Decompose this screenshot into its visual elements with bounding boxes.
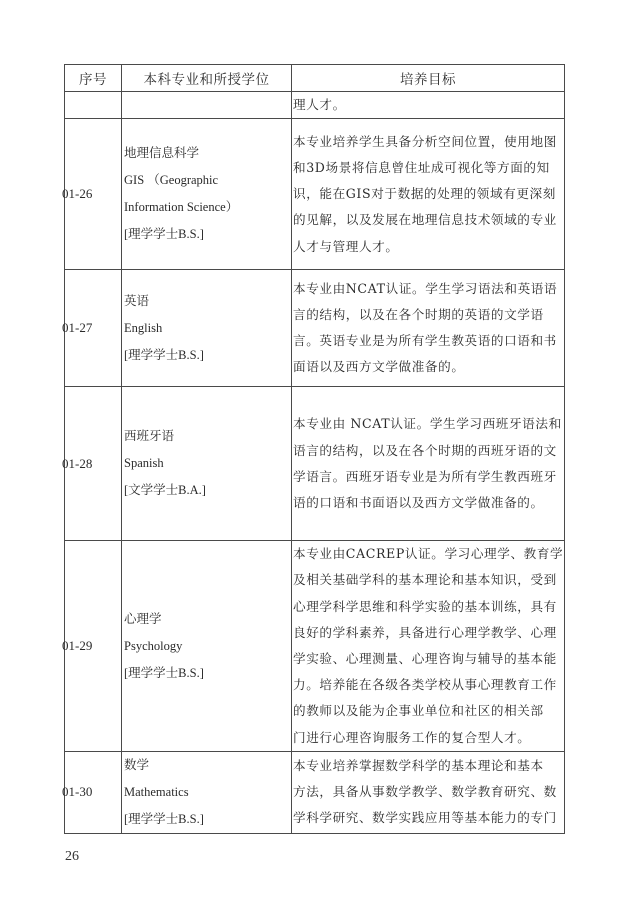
goal-line: 的教师以及能为企事业单位和社区的相关部 [293,698,563,724]
header-training-goal: 培养目标 [292,65,565,92]
row-major: 地理信息科学 GIS （Geographic Information Scien… [122,119,292,270]
row-major: 西班牙语 Spanish [文学学士B.A.] [122,387,292,541]
major-degree: [理学学士B.S.] [124,806,291,833]
goal-line: 门进行心理咨询服务工作的复合型人才。 [293,725,563,751]
major-name-en: English [124,315,291,342]
major-name-cn: 数学 [124,752,291,779]
majors-table: 序号 本科专业和所授学位 培养目标 理人才。 01-26 地理信息科学 GIS … [64,64,565,834]
table-row: 01-26 地理信息科学 GIS （Geographic Information… [65,119,565,270]
major-name-en: Spanish [124,450,291,477]
goal-line: 理人才。 [293,92,563,118]
major-name-cn: 英语 [124,288,291,315]
table-row: 01-29 心理学 Psychology [理学学士B.S.] 本专业由CACR… [65,541,565,752]
row-major: 心理学 Psychology [理学学士B.S.] [122,541,292,752]
table-row-continuation: 理人才。 [65,92,565,119]
major-name-cn: 西班牙语 [124,423,291,450]
header-number: 序号 [65,65,122,92]
header-major-degree: 本科专业和所授学位 [122,65,292,92]
major-name-en: Psychology [124,633,291,660]
row-major [122,92,292,119]
row-major: 数学 Mathematics [理学学士B.S.] [122,751,292,833]
page-number: 26 [65,849,79,865]
goal-line: 本专业由NCAT认证。学生学习语法和英语语 [293,276,563,302]
row-number [65,92,122,119]
row-goal: 本专业由CACREP认证。学习心理学、教育学 及相关基础学科的基本理论和基本知识… [292,541,565,752]
goal-line: 的见解，以及发展在地理信息技术领域的专业 [293,207,563,233]
row-goal: 本专业由NCAT认证。学生学习语法和英语语 言的结构，以及在各个时期的英语的文学… [292,270,565,387]
row-number: 01-26 [65,119,122,270]
goal-line: 语言的结构，以及在各个时期的西班牙语的文 [293,438,563,464]
table-row: 01-30 数学 Mathematics [理学学士B.S.] 本专业培养掌握数… [65,751,565,833]
goal-line: 面语以及西方文学做准备的。 [293,354,563,380]
row-goal: 本专业培养学生具备分析空间位置，使用地图 和3D场景将信息曾住址成可视化等方面的… [292,119,565,270]
goal-line: 良好的学科素养，具备进行心理学教学、心理 [293,620,563,646]
goal-line: 言。英语专业是为所有学生教英语的口语和书 [293,328,563,354]
row-major: 英语 English [理学学士B.S.] [122,270,292,387]
goal-line: 言的结构，以及在各个时期的英语的文学语 [293,302,563,328]
goal-line: 本专业由 NCAT认证。学生学习西班牙语法和 [293,411,563,437]
goal-line: 方法，具备从事数学教学、数学教育研究、数 [293,779,563,805]
goal-line: 学语言。西班牙语专业是为所有学生教西班牙 [293,464,563,490]
goal-line: 力。培养能在各级各类学校从事心理教育工作 [293,672,563,698]
goal-line: 学实验、心理测量、心理咨询与辅导的基本能 [293,646,563,672]
row-number: 01-27 [65,270,122,387]
major-degree: [理学学士B.S.] [124,342,291,369]
goal-line: 和3D场景将信息曾住址成可视化等方面的知 [293,155,563,181]
goal-line: 心理学科学思维和科学实验的基本训练，具有 [293,594,563,620]
goal-line: 本专业培养掌握数学科学的基本理论和基本 [293,753,563,779]
goal-line: 识，能在GIS对于数据的处理的领域有更深刻 [293,181,563,207]
row-goal: 本专业培养掌握数学科学的基本理论和基本 方法，具备从事数学教学、数学教育研究、数… [292,751,565,833]
goal-line: 人才与管理人才。 [293,234,563,260]
goal-line: 本专业由CACREP认证。学习心理学、教育学 [293,541,563,567]
major-name-en: Information Science） [124,194,291,221]
goal-line: 及相关基础学科的基本理论和基本知识，受到 [293,567,563,593]
goal-line: 语的口语和书面语以及西方文学做准备的。 [293,490,563,516]
major-name-en: GIS （Geographic [124,167,291,194]
row-number: 01-28 [65,387,122,541]
major-name-en: Mathematics [124,779,291,806]
row-number: 01-30 [65,751,122,833]
major-degree: [文学学士B.A.] [124,477,291,504]
goal-line: 学科学研究、数学实践应用等基本能力的专门 [293,805,563,831]
table-row: 01-27 英语 English [理学学士B.S.] 本专业由NCAT认证。学… [65,270,565,387]
major-degree: [理学学士B.S.] [124,660,291,687]
row-number: 01-29 [65,541,122,752]
major-name-cn: 心理学 [124,606,291,633]
goal-line: 本专业培养学生具备分析空间位置，使用地图 [293,129,563,155]
row-goal: 本专业由 NCAT认证。学生学习西班牙语法和 语言的结构，以及在各个时期的西班牙… [292,387,565,541]
row-goal: 理人才。 [292,92,565,119]
table-row: 01-28 西班牙语 Spanish [文学学士B.A.] 本专业由 NCAT认… [65,387,565,541]
table-header-row: 序号 本科专业和所授学位 培养目标 [65,65,565,92]
major-name-cn: 地理信息科学 [124,140,291,167]
major-degree: [理学学士B.S.] [124,221,291,248]
